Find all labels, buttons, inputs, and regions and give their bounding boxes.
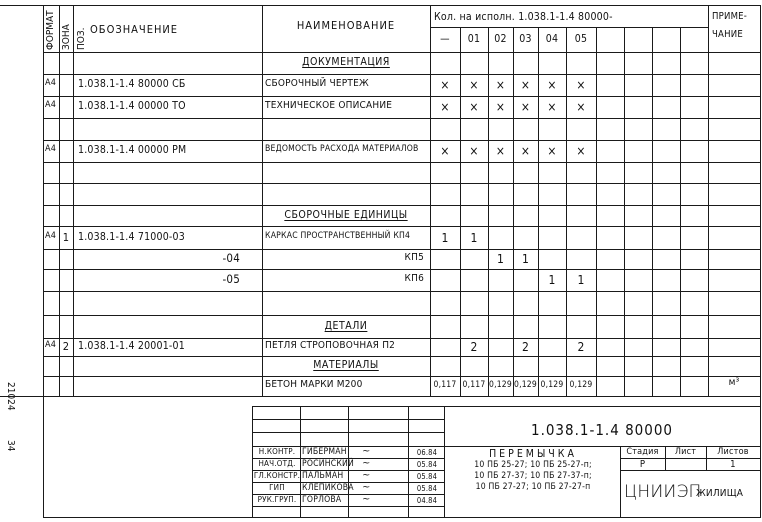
section-heading: Документация [262, 57, 430, 68]
row-qty: 1 [460, 232, 488, 244]
signature-name: Пальман [302, 472, 343, 481]
sheet-number-margin: 34 [5, 440, 16, 451]
header-variant-2: 02 [488, 34, 513, 45]
header-format: Формат [45, 10, 56, 50]
sheet-label: Лист [665, 448, 706, 457]
header-variant-1: 01 [460, 34, 488, 45]
row-qty: 2 [460, 341, 488, 353]
row-qty: 0,129 [488, 381, 513, 390]
row-format: А4 [45, 232, 56, 241]
row-qty: 1 [488, 253, 513, 265]
row-designation: -04 [100, 253, 240, 265]
row-name: Бетон марки М200 [265, 380, 363, 390]
header-pos: Поз. [76, 28, 87, 50]
section-heading: Материалы [262, 360, 430, 371]
row-name: Каркас пространственный КП4 [265, 232, 410, 241]
signature-mark: ~ [362, 470, 370, 481]
specification-sheet: ФорматЗонаПоз.ОБОЗНАЧЕНИЕНАИМЕНОВАНИЕКол… [0, 0, 762, 522]
row-qty: × [460, 145, 488, 157]
column-line [430, 5, 431, 396]
row-note: м³ [708, 378, 760, 388]
row-qty: 2 [513, 341, 538, 353]
frame-left [43, 396, 44, 518]
row-designation: 1.038.1-1.4 20001-01 [78, 341, 185, 352]
column-line [624, 27, 625, 396]
header-name: НАИМЕНОВАНИЕ [262, 20, 430, 31]
row-format: А4 [45, 79, 56, 88]
row-designation: 1.038.1-1.4 00000 РМ [78, 145, 186, 156]
signature-date: 04.84 [409, 497, 445, 505]
row-format: А4 [45, 341, 56, 350]
header-variant-4: 04 [538, 34, 566, 45]
document-number: 1.038.1-1.4 80000 [444, 423, 760, 438]
header-zone: Зона [61, 24, 72, 50]
margin-top [0, 5, 43, 6]
column-line [73, 5, 74, 396]
column-line [708, 5, 709, 396]
product-variants: 10 ПБ 25-27; 10 ПБ 25-27-п; [446, 461, 620, 470]
sheets-label: Листов [706, 448, 760, 457]
row-designation: 1.038.1-1.4 00000 ТО [78, 101, 186, 112]
row-pos: 1 [58, 232, 74, 243]
signature-mark: ~ [362, 458, 370, 469]
product-title: ПЕРЕМЫЧКА [446, 449, 620, 460]
row-pos: 2 [58, 341, 74, 352]
column-line [43, 5, 44, 396]
row-qty: × [460, 101, 488, 113]
row-qty: 2 [566, 341, 596, 353]
row-line [43, 396, 760, 397]
signature-date: 05.84 [409, 461, 445, 469]
organization-name: ЦНИИЭП [624, 484, 702, 501]
signature-role: Н.контр. [253, 448, 301, 456]
row-qty: × [538, 79, 566, 91]
product-variants: 10 ПБ 27-27; 10 ПБ 27-27-п [446, 483, 620, 492]
row-qty: × [513, 145, 538, 157]
signature-name: Горлова [302, 496, 341, 505]
row-name: КП6 [262, 274, 424, 284]
row-qty: × [430, 79, 460, 91]
row-name: Петля строповочная П2 [265, 341, 395, 351]
header-variant-3: 03 [513, 34, 538, 45]
row-qty: × [566, 145, 596, 157]
frame-right [760, 396, 761, 518]
row-qty: 0,117 [460, 381, 488, 390]
row-qty: 1 [513, 253, 538, 265]
margin-divider [0, 396, 43, 397]
signature-date: 05.84 [409, 485, 445, 493]
row-qty: × [488, 101, 513, 113]
column-line [59, 5, 60, 396]
row-qty: × [513, 101, 538, 113]
row-qty: 0,117 [430, 381, 460, 390]
row-qty: × [460, 79, 488, 91]
row-name: Сборочный чертеж [265, 79, 369, 89]
qty-header-split [430, 27, 708, 28]
signature-role: Рук.груп. [253, 496, 301, 504]
section-heading: Сборочные единицы [262, 210, 430, 221]
signature-role: ГИП [253, 484, 301, 492]
row-designation: -05 [100, 274, 240, 286]
row-qty: 1 [430, 232, 460, 244]
product-variants: 10 ПБ 27-37; 10 ПБ 27-37-п; [446, 472, 620, 481]
row-designation: 1.038.1-1.4 80000 СБ [78, 79, 186, 90]
row-qty: × [488, 145, 513, 157]
row-qty: × [538, 145, 566, 157]
header-note-2: чание [712, 30, 743, 40]
stage-label: Стадия [620, 448, 665, 457]
signature-role: Нач.отд. [253, 460, 301, 468]
signature-role: Гл.констр. [253, 472, 301, 480]
row-qty: 0,129 [566, 381, 596, 390]
row-qty: 1 [538, 274, 566, 286]
column-line [680, 27, 681, 396]
row-qty: × [430, 101, 460, 113]
row-name: Ведомость расхода материалов [265, 145, 419, 154]
column-line [760, 5, 761, 396]
row-qty: × [513, 79, 538, 91]
row-qty: × [538, 101, 566, 113]
signature-date: 06.84 [409, 449, 445, 457]
stage-value: Р [620, 460, 665, 470]
signature-mark: ~ [362, 494, 370, 505]
signature-mark: ~ [362, 446, 370, 457]
row-format: А4 [45, 145, 56, 154]
signature-name: Клепикова [302, 484, 354, 493]
row-qty: 0,129 [513, 381, 538, 390]
signature-date: 05.84 [409, 473, 445, 481]
header-designation: ОБОЗНАЧЕНИЕ [90, 24, 178, 35]
tb-stage-bottom [620, 470, 760, 471]
row-qty: × [430, 145, 460, 157]
sheets-value: 1 [706, 460, 760, 470]
row-name: Техническое описание [265, 101, 392, 111]
row-qty: × [566, 79, 596, 91]
row-format: А4 [45, 101, 56, 110]
column-line [652, 27, 653, 396]
signature-mark: ~ [362, 482, 370, 493]
tb-top [252, 406, 760, 407]
row-name: КП5 [262, 253, 424, 263]
header-note-1: Приме- [712, 12, 747, 22]
organization-suffix: жилища [696, 489, 743, 499]
row-qty: × [566, 101, 596, 113]
header-variant-0: — [430, 34, 460, 45]
column-line [596, 27, 597, 396]
signature-name: Гиберман [302, 448, 347, 457]
header-variant-5: 05 [566, 34, 596, 45]
top-border [43, 5, 760, 6]
header-qty-group: Кол. на исполн. 1.038.1-1.4 80000- [434, 12, 613, 23]
row-designation: 1.038.1-1.4 71000-03 [78, 232, 185, 243]
frame-bottom [43, 517, 760, 518]
row-qty: 1 [566, 274, 596, 286]
row-qty: × [488, 79, 513, 91]
row-qty: 0,129 [538, 381, 566, 390]
section-heading: Детали [262, 321, 430, 332]
signature-name: Росинский [302, 460, 354, 469]
